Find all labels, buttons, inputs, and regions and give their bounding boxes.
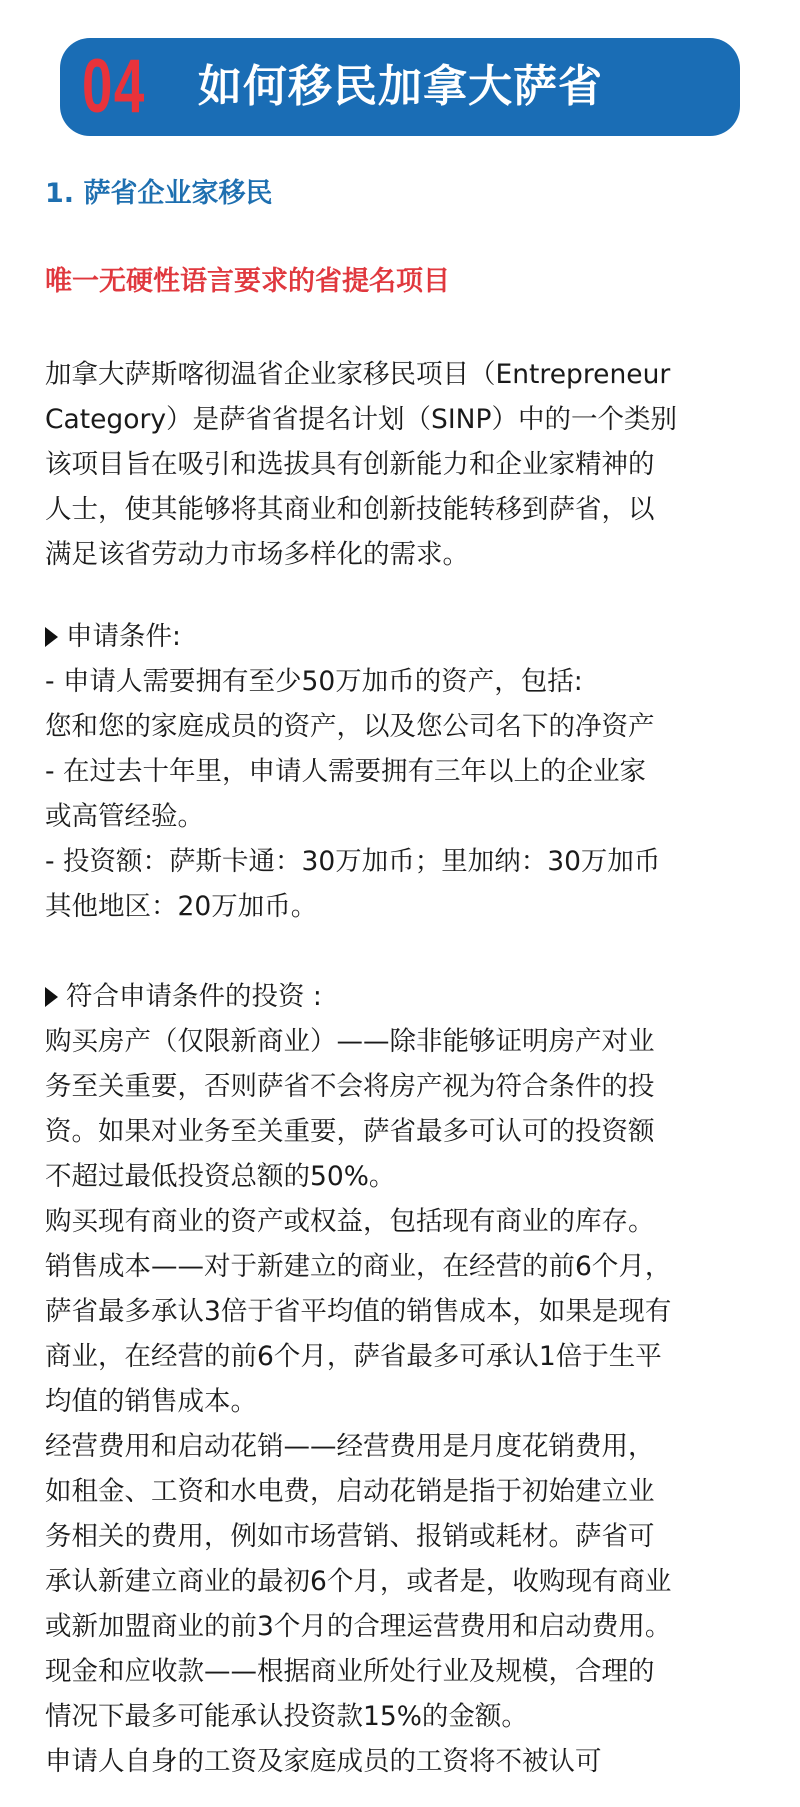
- triangle-bullet-icon: [45, 987, 58, 1007]
- investment-line: 销售成本——对于新建立的商业，在经营的前6个月，: [45, 1244, 765, 1289]
- investment-line: 购买房产（仅限新商业）——除非能够证明房产对业: [45, 1019, 765, 1064]
- section-banner: 04 如何移民加拿大萨省: [60, 38, 740, 136]
- investment-line: 申请人自身的工资及家庭成员的工资将不被认可: [45, 1739, 765, 1784]
- section-title: 1. 萨省企业家移民: [45, 174, 272, 214]
- requirement-line: 或高管经验。: [45, 794, 765, 839]
- investment-line: 务相关的费用，例如市场营销、报销或耗材。萨省可: [45, 1514, 765, 1559]
- intro-paragraph: 加拿大萨斯喀彻温省企业家移民项目（Entrepreneur Category）是…: [45, 352, 765, 577]
- intro-line: 人士，使其能够将其商业和创新技能转移到萨省，以: [45, 487, 765, 532]
- investment-line: 商业，在经营的前6个月，萨省最多可承认1倍于生平: [45, 1334, 765, 1379]
- triangle-bullet-icon: [45, 627, 58, 647]
- requirement-line: - 投资额：萨斯卡通：30万加币；里加纳：30万加币: [45, 839, 765, 884]
- section-number: 04: [82, 46, 146, 128]
- requirement-line: 您和您的家庭成员的资产，以及您公司名下的净资产: [45, 704, 765, 749]
- investment-line: 务至关重要，否则萨省不会将房产视为符合条件的投: [45, 1064, 765, 1109]
- intro-line: Category）是萨省省提名计划（SINP）中的一个类别: [45, 397, 765, 442]
- requirement-line: - 申请人需要拥有至少50万加币的资产，包括:: [45, 659, 765, 704]
- highlight-subtitle: 唯一无硬性语言要求的省提名项目: [45, 262, 450, 302]
- intro-line: 该项目旨在吸引和选拔具有创新能力和企业家精神的: [45, 442, 765, 487]
- investment-line: 经营费用和启动花销——经营费用是月度花销费用，: [45, 1424, 765, 1469]
- investment-line: 不超过最低投资总额的50%。: [45, 1154, 765, 1199]
- banner-title: 如何移民加拿大萨省: [198, 56, 603, 118]
- investment-line: 萨省最多承认3倍于省平均值的销售成本，如果是现有: [45, 1289, 765, 1334]
- eligible-investments-block: 符合申请条件的投资 : 购买房产（仅限新商业）——除非能够证明房产对业 务至关重…: [45, 974, 765, 1784]
- investment-line: 现金和应收款——根据商业所处行业及规模，合理的: [45, 1649, 765, 1694]
- investments-heading: 符合申请条件的投资 :: [45, 974, 765, 1019]
- investment-line: 购买现有商业的资产或权益，包括现有商业的库存。: [45, 1199, 765, 1244]
- investment-line: 资。如果对业务至关重要，萨省最多可认可的投资额: [45, 1109, 765, 1154]
- requirement-line: 其他地区：20万加币。: [45, 884, 765, 929]
- investment-line: 均值的销售成本。: [45, 1379, 765, 1424]
- investments-heading-text: 符合申请条件的投资 :: [66, 981, 322, 1012]
- intro-line: 满足该省劳动力市场多样化的需求。: [45, 532, 765, 577]
- requirement-line: - 在过去十年里，申请人需要拥有三年以上的企业家: [45, 749, 765, 794]
- investment-line: 情况下最多可能承认投资款15%的金额。: [45, 1694, 765, 1739]
- investment-line: 承认新建立商业的最初6个月，或者是，收购现有商业: [45, 1559, 765, 1604]
- investment-line: 或新加盟商业的前3个月的合理运营费用和启动费用。: [45, 1604, 765, 1649]
- investment-line: 如租金、工资和水电费，启动花销是指于初始建立业: [45, 1469, 765, 1514]
- requirements-block: 申请条件: - 申请人需要拥有至少50万加币的资产，包括: 您和您的家庭成员的资…: [45, 614, 765, 929]
- requirements-heading-text: 申请条件:: [66, 621, 181, 652]
- requirements-heading: 申请条件:: [45, 614, 765, 659]
- intro-line: 加拿大萨斯喀彻温省企业家移民项目（Entrepreneur: [45, 352, 765, 397]
